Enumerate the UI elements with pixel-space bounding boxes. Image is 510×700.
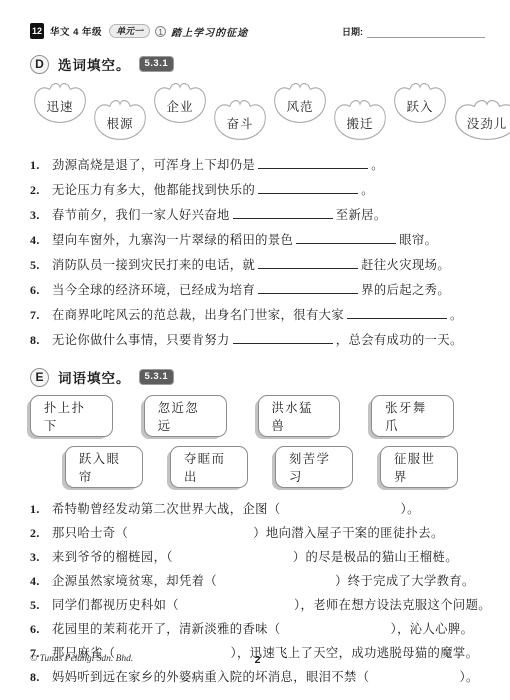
question-text: ）。 [459,670,478,684]
word-box-label: 忽近忽远 [158,401,199,433]
question-text: 妈妈听到远在家乡的外婆病重入院的坏消息，眼泪不禁（ [52,670,369,684]
question-number: 5. [30,598,52,613]
question-number: 3. [30,550,52,565]
word-bubble-label: 没劲儿 [450,114,510,132]
question-number: 2. [30,526,52,541]
question-text: ）的尽是极品的猫山王榴梿。 [293,550,458,564]
question-text: ）终于完成了大学教育。 [335,574,475,588]
question-text: ）地向潜入屋子干案的匪徒扑去。 [253,526,443,540]
word-box-label: 洪水猛兽 [272,401,313,433]
question-number: 6. [30,622,52,637]
question-text: 花园里的茉莉花开了，清新淡雅的香味（ [52,622,281,636]
word-bubble-label: 迅速 [30,97,90,115]
question-row: 3.春节前夕，我们一家人好兴奋地至新居。 [30,203,485,228]
answer-blank[interactable] [258,157,368,169]
question-row: 6.花园里的茉莉花开了，清新淡雅的香味（），沁人心脾。 [30,617,485,641]
answer-blank[interactable] [233,207,333,219]
section-d-questions: 1.劲源高烧是退了，可浑身上下却仍是。 2.无论压力有多大，他都能找到快乐的。 … [30,153,485,353]
question-row: 2.那只哈士奇（）地向潜入屋子干案的匪徒扑去。 [30,521,485,545]
question-text: 。 [450,308,463,322]
section-e-header: E 词语填空。 5.3.1 [30,367,485,387]
question-number: 1. [30,158,52,173]
question-text: 眼帘。 [399,233,437,247]
section-e-title: 词语填空。 [58,367,131,387]
word-bank-tulips: 迅速 根源 企业 奋斗 风范 搬迁 跃入 没劲儿 [30,80,485,144]
word-bubble: 企业 [150,80,210,126]
word-box-label: 张牙舞爪 [385,401,426,433]
answer-blank[interactable] [179,599,294,609]
question-row: 8.无论你做什么事情，只要肯努力，总会有成功的一天。 [30,328,485,353]
question-text: 劲源高烧是退了，可浑身上下却仍是 [52,158,255,172]
question-text: ），沁人心脾。 [391,622,474,636]
answer-blank[interactable] [347,307,447,319]
question-number: 8. [30,333,52,348]
word-bubble: 奋斗 [210,97,270,143]
word-box-row: 跃入眼帘 夺眶而出 刻苦学习 征服世界 [65,446,485,488]
question-row: 7.在商界叱咤风云的范总裁，出身名门世家，很有大家。 [30,303,485,328]
unit-title: 踏上学习的征途 [171,24,248,39]
word-box: 扑上扑下 [30,395,113,437]
question-row: 8.妈妈听到远在家乡的外婆病重入院的坏消息，眼泪不禁（）。 [30,665,485,689]
question-row: 1.劲源高烧是退了，可浑身上下却仍是。 [30,153,485,178]
answer-blank[interactable] [258,257,358,269]
word-box-label: 刻苦学习 [289,452,330,484]
course-title: 华文 4 年级 [50,24,102,38]
section-d-title: 选词填空。 [58,54,131,74]
question-text: 。 [361,183,374,197]
question-text: 赶往火灾现场。 [361,258,450,272]
question-row: 4.望向车窗外，九寨沟一片翠绿的稻田的景色眼帘。 [30,228,485,253]
question-text: 至新居。 [336,208,387,222]
section-e-letter-badge: E [30,368,49,387]
question-text: 来到爷爷的榴梿园，（ [52,550,173,564]
answer-blank[interactable] [258,282,358,294]
publisher-logo-icon: 12 [30,23,44,39]
question-row: 6.当今全球的经济环境，已经成为培育界的后起之秀。 [30,278,485,303]
word-box-row: 扑上扑下 忽近忽远 洪水猛兽 张牙舞爪 [30,395,485,437]
question-text: 界的后起之秀。 [361,283,450,297]
question-text: 企源虽然家境贫寒，却凭着（ [52,574,217,588]
word-box-label: 扑上扑下 [44,401,85,433]
word-box: 刻苦学习 [275,446,353,488]
question-text: 在商界叱咤风云的范总裁，出身名门世家，很有大家 [52,308,344,322]
question-number: 3. [30,208,52,223]
curriculum-code-badge: 5.3.1 [139,56,175,72]
date-input-line[interactable] [367,27,485,38]
word-bubble: 迅速 [30,80,90,126]
question-text: 无论你做什么事情，只要肯努力 [52,333,230,347]
unit-badge: 单元一 [109,24,150,38]
word-box: 洪水猛兽 [258,395,341,437]
question-text: 消防队员一接到灾民打来的电话，就 [52,258,255,272]
word-box-label: 夺眶而出 [184,452,225,484]
word-box: 征服世界 [380,446,458,488]
question-text: 那只哈士奇（ [52,526,128,540]
question-number: 1. [30,502,52,517]
word-box: 跃入眼帘 [65,446,143,488]
question-text: ）。 [401,502,420,516]
answer-blank[interactable] [281,503,401,513]
section-d-letter-badge: D [30,55,49,74]
question-row: 3.来到爷爷的榴梿园，（）的尽是极品的猫山王榴梿。 [30,545,485,569]
word-box-label: 跃入眼帘 [79,452,120,484]
date-label: 日期: [342,25,363,38]
question-number: 7. [30,308,52,323]
question-number: 6. [30,283,52,298]
answer-blank[interactable] [173,551,293,561]
question-text: 当今全球的经济环境，已经成为培育 [52,283,255,297]
answer-blank[interactable] [296,232,396,244]
page-header: 12 华文 4 年级 单元一 1 踏上学习的征途 日期: [30,22,485,40]
question-text: 希特勒曾经发动第二次世界大战，企图（ [52,502,281,516]
question-text: ），老师在想方设法克服这个问题。 [294,598,491,612]
word-bubble-label: 风范 [270,97,330,115]
word-bubble-label: 奋斗 [210,114,270,132]
worksheet-page: 12 华文 4 年级 单元一 1 踏上学习的征途 日期: D 选词填空。 5.3… [0,0,510,700]
word-box-label: 征服世界 [394,452,435,484]
question-text: 。 [371,158,384,172]
word-bubble: 没劲儿 [450,97,510,143]
answer-blank[interactable] [233,332,333,344]
question-text: 同学们都视历史科如（ [52,598,179,612]
question-number: 4. [30,574,52,589]
curriculum-code-badge: 5.3.1 [139,369,175,385]
question-text: ，总会有成功的一天。 [336,333,463,347]
word-bubble: 搬迁 [330,97,390,143]
question-text: 春节前夕，我们一家人好兴奋地 [52,208,230,222]
page-number: 2 [30,654,485,666]
word-bubble-label: 搬迁 [330,114,390,132]
word-bubble: 风范 [270,80,330,126]
word-bubble-label: 根源 [90,114,150,132]
question-row: 5.消防队员一接到灾民打来的电话，就赶往火灾现场。 [30,253,485,278]
answer-blank[interactable] [217,575,335,585]
word-bubble-label: 跃入 [390,97,450,115]
word-box: 忽近忽远 [144,395,227,437]
question-number: 5. [30,258,52,273]
answer-blank[interactable] [128,527,253,537]
word-bubble-label: 企业 [150,97,210,115]
word-bubble: 跃入 [390,80,450,126]
question-number: 2. [30,183,52,198]
answer-blank[interactable] [369,671,459,681]
question-row: 5.同学们都视历史科如（），老师在想方设法克服这个问题。 [30,593,485,617]
word-bubble: 根源 [90,97,150,143]
question-row: 4.企源虽然家境贫寒，却凭着（）终于完成了大学教育。 [30,569,485,593]
question-row: 1.希特勒曾经发动第二次世界大战，企图（）。 [30,497,485,521]
question-text: 望向车窗外，九寨沟一片翠绿的稻田的景色 [52,233,293,247]
question-text: 无论压力有多大，他都能找到快乐的 [52,183,255,197]
question-row: 2.无论压力有多大，他都能找到快乐的。 [30,178,485,203]
answer-blank[interactable] [281,623,391,633]
answer-blank[interactable] [258,182,358,194]
word-bank-boxes: 扑上扑下 忽近忽远 洪水猛兽 张牙舞爪 跃入眼帘 夺眶而出 刻苦学习 征服世界 [30,395,485,488]
word-box: 张牙舞爪 [371,395,454,437]
page-footer: © Tunas Pelangi Sdn. Bhd. 2 [30,654,485,668]
word-box: 夺眶而出 [170,446,248,488]
question-number: 8. [30,670,52,685]
question-number: 4. [30,233,52,248]
section-d-header: D 选词填空。 5.3.1 [30,54,485,74]
unit-number-icon: 1 [155,26,166,37]
